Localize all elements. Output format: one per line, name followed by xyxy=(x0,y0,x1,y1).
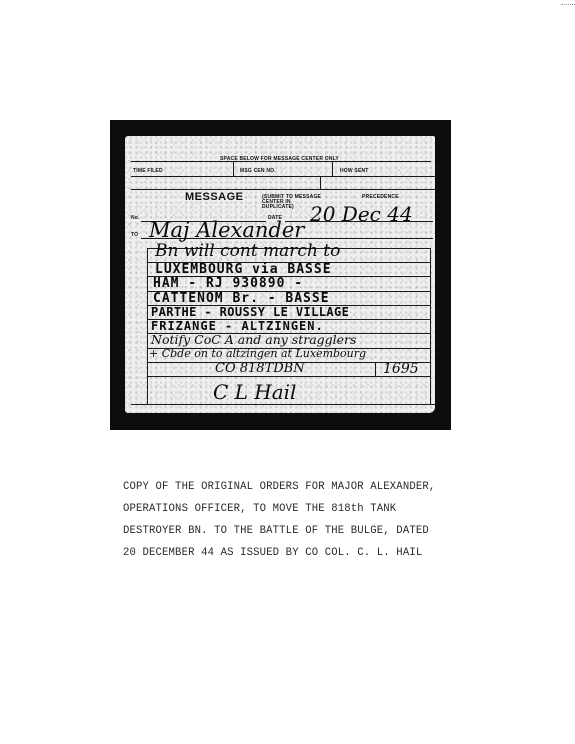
caption-line: DESTROYER BN. TO THE BATTLE OF THE BULGE… xyxy=(123,525,429,537)
message-form-photo: SPACE BELOW FOR MESSAGE CENTER ONLY TIME… xyxy=(110,120,451,430)
time-filed-label: TIME FILED xyxy=(133,168,163,174)
time-divider xyxy=(375,362,376,376)
header-rule xyxy=(131,176,435,177)
caption-line: COPY OF THE ORIGINAL ORDERS FOR MAJOR AL… xyxy=(123,481,435,493)
handwritten-time: 1695 xyxy=(383,361,419,377)
handwritten-line: + Cbde on to altzingen at Luxembourg xyxy=(149,347,366,360)
message-title: MESSAGE xyxy=(185,191,244,203)
signature-rule xyxy=(131,404,435,405)
handwritten-line: Notify CoC A and any stragglers xyxy=(151,332,356,347)
handwritten-line: CATTENOM Br. - BASSE xyxy=(153,291,330,306)
handwritten-date: 20 Dec 44 xyxy=(310,202,413,226)
header-rule xyxy=(131,189,435,190)
handwritten-signature-block: CO 818TDBN xyxy=(215,361,305,376)
caption-line: OPERATIONS OFFICER, TO MOVE THE 818th TA… xyxy=(123,503,396,515)
caption-line: 20 DECEMBER 44 AS ISSUED BY CO COL. C. L… xyxy=(123,547,422,559)
message-form: SPACE BELOW FOR MESSAGE CENTER ONLY TIME… xyxy=(125,136,435,413)
header-divider xyxy=(233,162,234,176)
handwritten-line: PARTHE - ROUSSY LE VILLAGE xyxy=(151,305,349,319)
msg-cen-no-label: MSG CEN NO. xyxy=(240,168,276,174)
handwritten-to: Maj Alexander xyxy=(149,218,304,242)
how-sent-label: HOW SENT xyxy=(340,168,369,174)
handwritten-line: LUXEMBOURG via BASSE xyxy=(155,262,332,277)
box-edge xyxy=(147,248,148,404)
header-divider xyxy=(320,176,321,189)
message-center-banner: SPACE BELOW FOR MESSAGE CENTER ONLY xyxy=(220,156,339,162)
scan-corner-mark xyxy=(561,4,575,6)
handwritten-line: HAM - RJ 930890 - xyxy=(153,276,303,291)
header-divider xyxy=(332,162,333,176)
precedence-label: PRECEDENCE xyxy=(362,194,399,200)
to-label: TO xyxy=(131,232,138,238)
handwritten-line: Bn will cont march to xyxy=(155,241,340,261)
handwritten-line: FRIZANGE - ALTZINGEN. xyxy=(151,319,324,333)
handwritten-signature: C L Hail xyxy=(213,380,296,404)
no-label: No. xyxy=(131,215,140,221)
box-edge xyxy=(430,248,431,404)
